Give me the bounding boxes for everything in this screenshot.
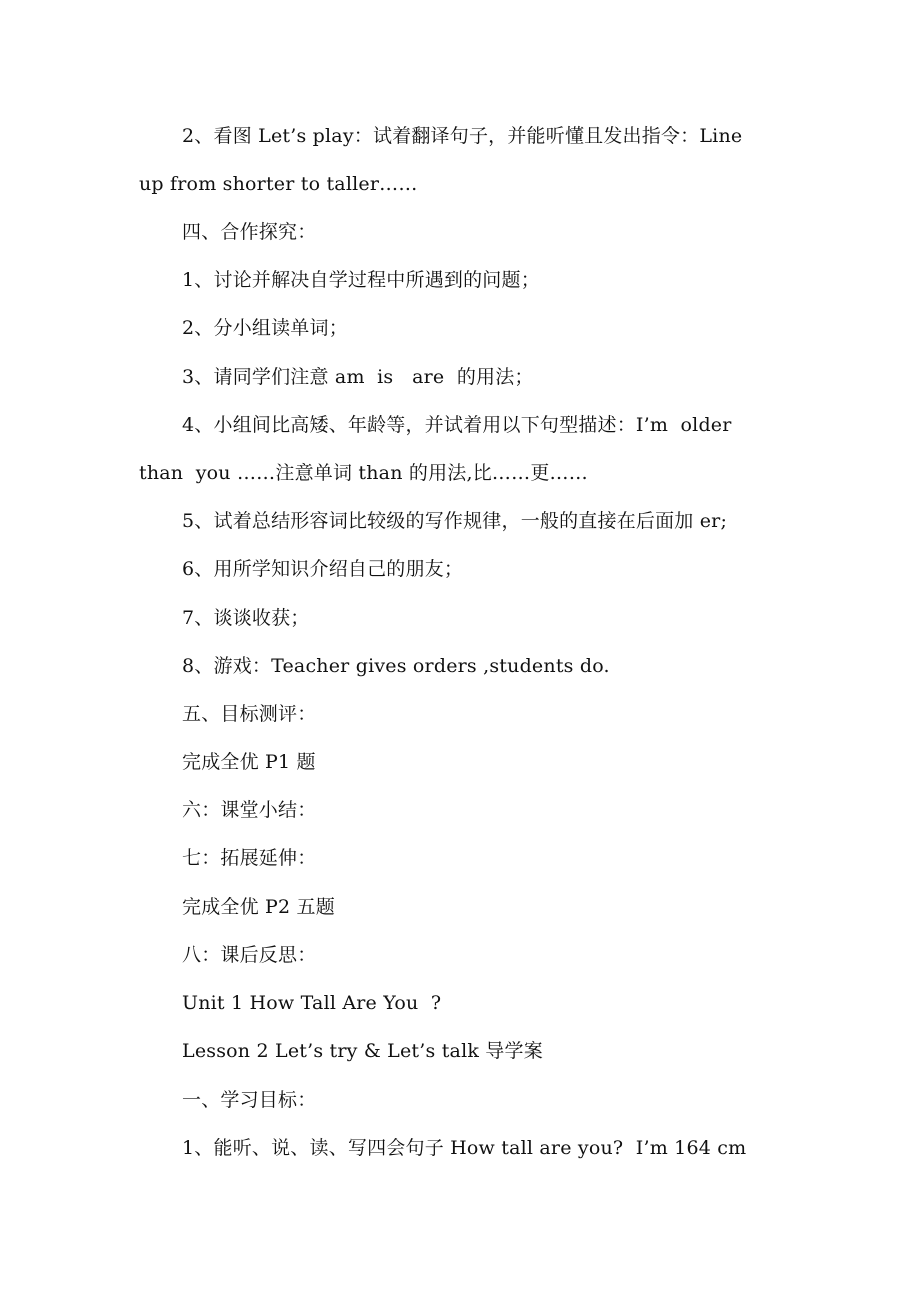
unit-title: Unit 1 How Tall Are You ? xyxy=(182,991,441,1015)
text-line: 完成全优 P2 五题 xyxy=(182,895,335,919)
text-line: than you ……注意单词 than 的用法,比……更…… xyxy=(139,461,588,485)
section-heading: 八：课后反思： xyxy=(182,943,316,967)
section-heading: 六：课堂小结： xyxy=(182,798,316,822)
text-line: 6、用所学知识介绍自己的朋友； xyxy=(182,557,463,581)
text-line: 2、分小组读单词； xyxy=(182,316,348,340)
text-line: 7、谈谈收获； xyxy=(182,606,310,630)
section-heading: 四、合作探究： xyxy=(182,220,316,244)
lesson-title: Lesson 2 Let’s try & Let’s talk 导学案 xyxy=(182,1039,543,1063)
section-heading: 七：拓展延伸： xyxy=(182,846,316,870)
document-page: 2、看图 Let’s play：试着翻译句子，并能听懂且发出指令：Line up… xyxy=(0,0,920,1302)
text-line: 8、游戏：Teacher gives orders ,students do. xyxy=(182,654,610,678)
section-heading: 一、学习目标： xyxy=(182,1088,316,1112)
text-line: up from shorter to taller…… xyxy=(139,172,418,196)
text-line: 4、小组间比高矮、年龄等，并试着用以下句型描述：I’m older xyxy=(182,413,732,437)
text-line: 1、讨论并解决自学过程中所遇到的问题； xyxy=(182,268,540,292)
text-line: 完成全优 P1 题 xyxy=(182,750,316,774)
text-line: 1、能听、说、读、写四会句子 How tall are you? I’m 164… xyxy=(182,1136,746,1160)
text-line: 2、看图 Let’s play：试着翻译句子，并能听懂且发出指令：Line xyxy=(182,124,742,148)
section-heading: 五、目标测评： xyxy=(182,702,316,726)
text-line: 5、试着总结形容词比较级的写作规律，一般的直接在后面加 er; xyxy=(182,509,727,533)
text-line: 3、请同学们注意 am is are 的用法； xyxy=(182,365,534,389)
